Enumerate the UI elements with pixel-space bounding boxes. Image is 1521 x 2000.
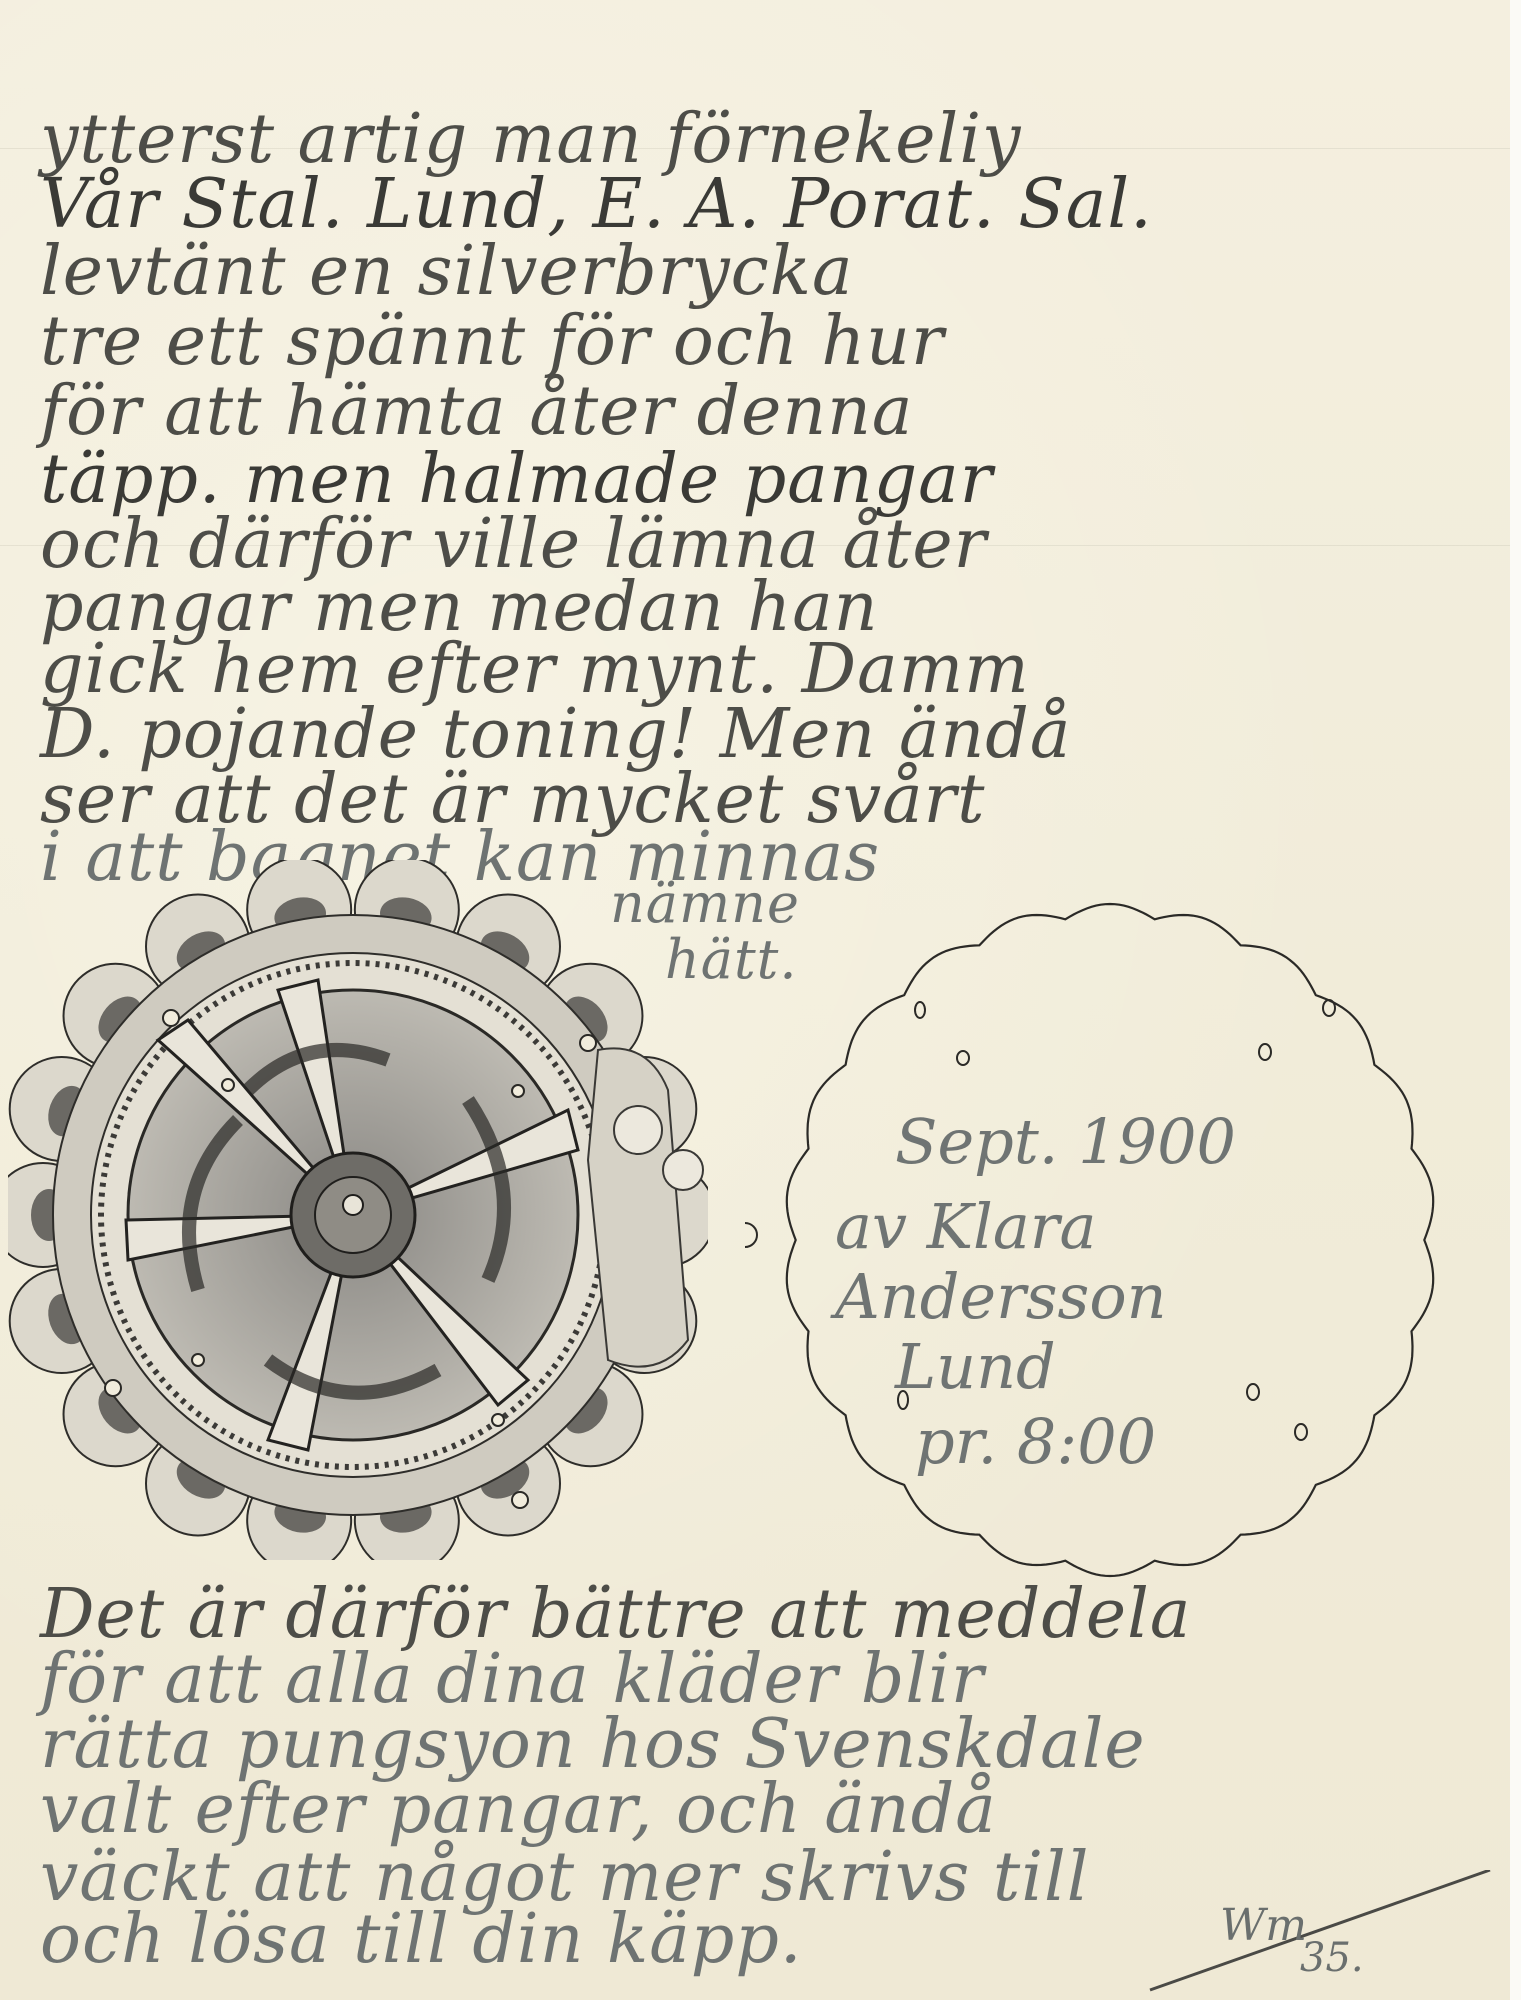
medallion-inscription-line: av Klara xyxy=(835,1190,1096,1263)
text-line: tre ett spännt för och hur xyxy=(40,302,944,381)
medallion-inscription-line: Andersson xyxy=(835,1260,1167,1333)
brooch-drawing xyxy=(8,860,708,1560)
medallion-inscription-line: Lund xyxy=(895,1330,1056,1403)
text-line: levtänt en silverbrycka xyxy=(40,232,854,311)
page-edge xyxy=(1510,0,1521,2000)
signature: Wm xyxy=(1220,1900,1307,1951)
page-number: 35. xyxy=(1300,1935,1364,1981)
text-line: och lösa till din käpp. xyxy=(40,1900,802,1979)
medallion-inscription-line: Sept. 1900 xyxy=(895,1105,1236,1178)
medallion-inscription-line: pr. 8:00 xyxy=(915,1405,1156,1478)
